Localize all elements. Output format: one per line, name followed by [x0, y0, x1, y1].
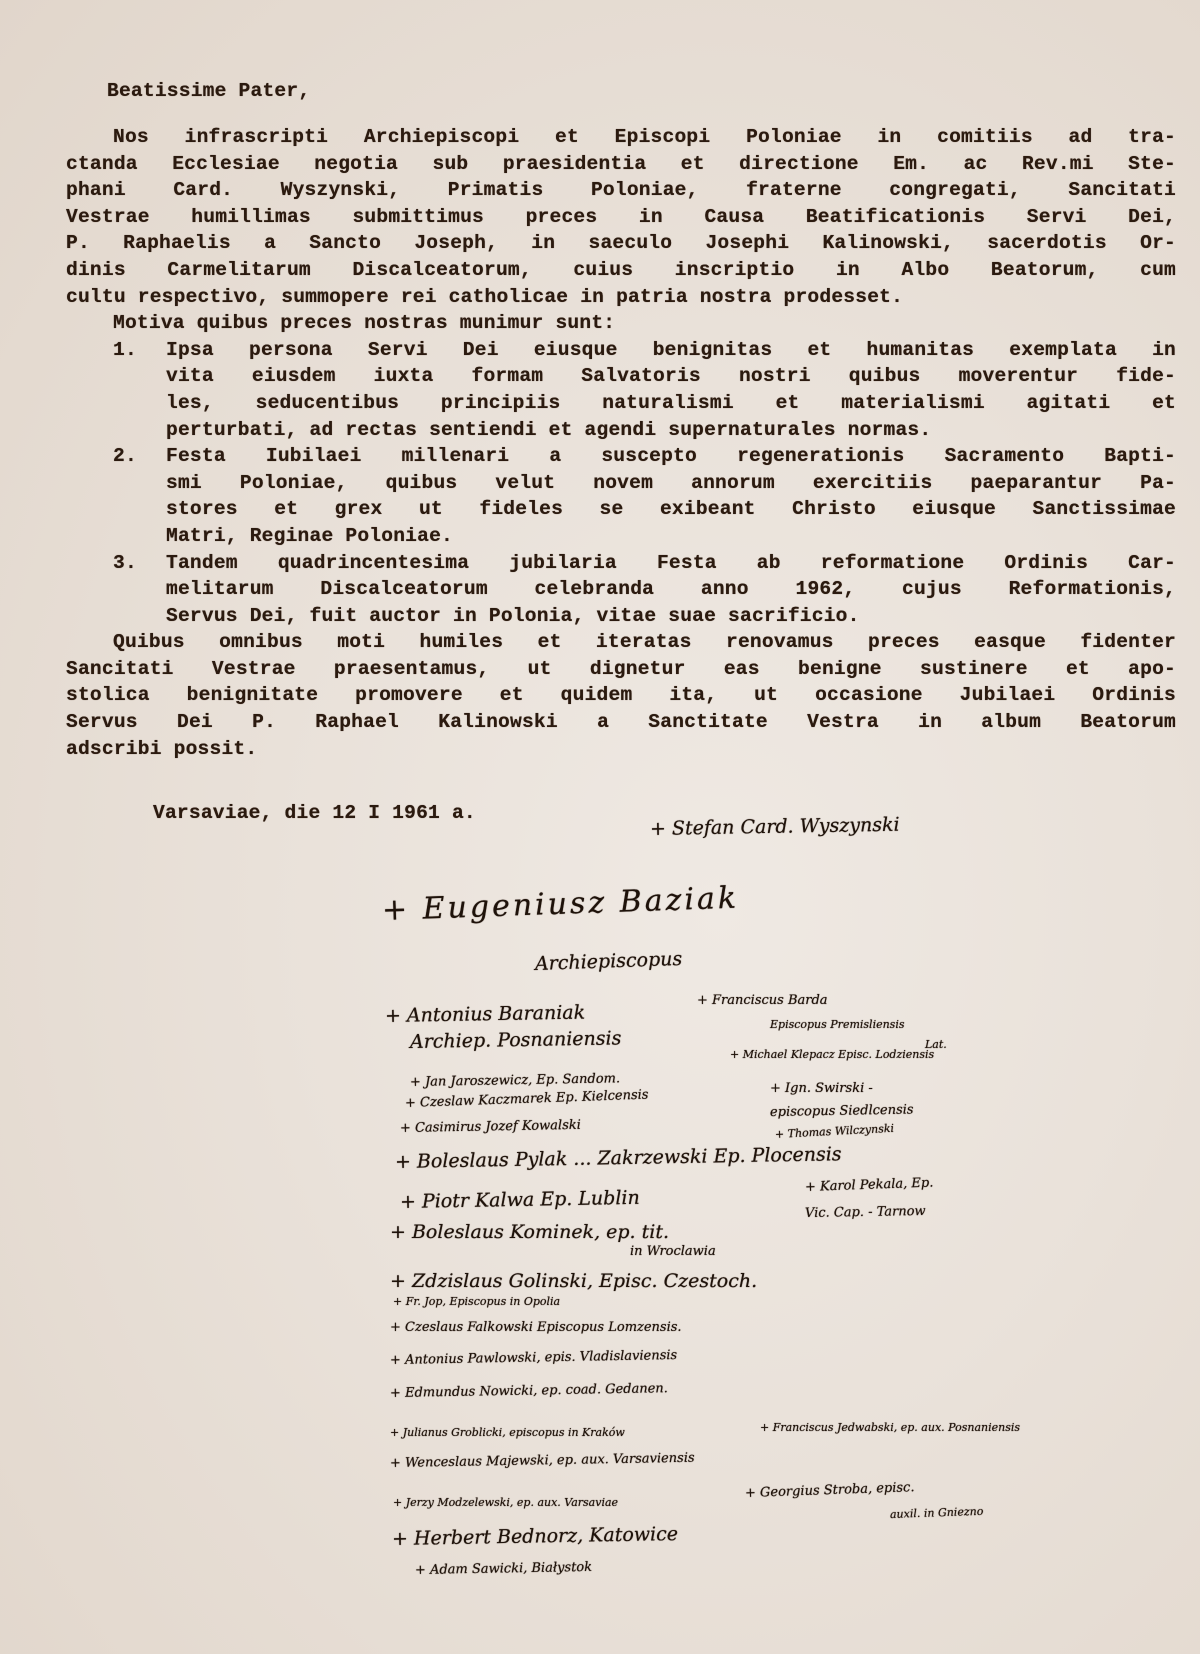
text-line: Nos infrascripti Archiepiscopi et Episco… — [66, 124, 1176, 151]
handwritten-signature: + Antonius Baraniak — [385, 1002, 586, 1027]
handwritten-signature: + Piotr Kalwa Ep. Lublin — [400, 1187, 640, 1213]
text-line: phani Card. Wyszynski, Primatis Poloniae… — [66, 177, 1176, 204]
text-line: Matri, Reginae Poloniae. — [166, 523, 1176, 550]
text-line: Sancitati Vestrae praesentamus, ut digne… — [66, 656, 1176, 683]
handwritten-signature: + Zdzislaus Golinski, Episc. Czestoch. — [390, 1270, 757, 1292]
paragraph-intro: Nos infrascripti Archiepiscopi et Episco… — [66, 124, 1176, 310]
text-line: Festa Iubilaei millenari a suscepto rege… — [166, 443, 1176, 470]
handwritten-signature: + Franciscus Barda — [697, 993, 828, 1008]
text-line: ctanda Ecclesiae negotia sub praesidenti… — [66, 151, 1176, 178]
handwritten-signature: + Edmundus Nowicki, ep. coad. Gedanen. — [390, 1381, 668, 1401]
text-line: melitarum Discalceatorum celebranda anno… — [166, 576, 1176, 603]
handwritten-signature: + Franciscus Jedwabski, ep. aux. Posnani… — [760, 1421, 1020, 1434]
text-line: cultu respectivo, summopere rei catholic… — [66, 284, 1176, 311]
text-line: adscribi possit. — [66, 736, 1176, 763]
handwritten-signature: + Boleslaus Pylak ... Zakrzewski Ep. Plo… — [395, 1143, 842, 1173]
motive-number: 3. — [113, 550, 137, 577]
handwritten-signature: + Wenceslaus Majewski, ep. aux. Varsavie… — [390, 1451, 695, 1471]
handwritten-signature: + Adam Sawicki, Białystok — [415, 1560, 592, 1578]
handwritten-signature: Archiepiscopus — [535, 948, 683, 975]
handwritten-signature: + Ign. Swirski - — [770, 1081, 873, 1096]
text-line: Servus Dei P. Raphael Kalinowski a Sanct… — [66, 709, 1176, 736]
motives-intro: Motiva quibus preces nostras munimur sun… — [66, 310, 1176, 337]
text-line: Servus Dei, fuit auctor in Polonia, vita… — [166, 603, 1176, 630]
handwritten-signature: + Herbert Bednorz, Katowice — [392, 1523, 678, 1550]
motive-item-1: 1. Ipsa persona Servi Dei eiusque benign… — [66, 337, 1176, 443]
handwritten-signature: auxil. in Gniezno — [890, 1505, 984, 1521]
handwritten-signature: + Eugeniusz Baziak — [381, 881, 739, 928]
handwritten-signature: + Fr. Jop, Episcopus in Opolia — [393, 1295, 560, 1308]
handwritten-signature: Vic. Cap. - Tarnow — [805, 1204, 926, 1221]
handwritten-signature: + Antonius Pawlowski, epis. Vladislavien… — [390, 1348, 677, 1368]
salutation: Beatissime Pater, — [107, 78, 310, 105]
text-line: Ipsa persona Servi Dei eiusque benignita… — [166, 337, 1176, 364]
motive-number: 2. — [113, 443, 137, 470]
paragraph-closing: Quibus omnibus moti humiles et iteratas … — [66, 629, 1176, 762]
letter-body: Nos infrascripti Archiepiscopi et Episco… — [66, 124, 1176, 762]
text-line: dinis Carmelitarum Discalceatorum, cuius… — [66, 257, 1176, 284]
motive-number: 1. — [113, 337, 137, 364]
handwritten-signature: Episcopus Premisliensis — [770, 1018, 905, 1031]
text-line: stolica benignitate promovere et quidem … — [66, 682, 1176, 709]
handwritten-signature: episcopus Siedlcensis — [770, 1102, 914, 1120]
text-line: vita eiusdem iuxta formam Salvatoris nos… — [166, 363, 1176, 390]
text-line: stores et grex ut fideles se exibeant Ch… — [166, 496, 1176, 523]
handwritten-signature: + Georgius Stroba, episc. — [745, 1480, 915, 1501]
place-date: Varsaviae, die 12 I 1961 a. — [153, 800, 476, 827]
letter-page: Beatissime Pater, Nos infrascripti Archi… — [0, 0, 1200, 1654]
text-line: Tandem quadrincentesima jubilaria Festa … — [166, 550, 1176, 577]
handwritten-signature: + Julianus Groblicki, episcopus in Krakó… — [390, 1426, 625, 1439]
motive-item-3: 3. Tandem quadrincentesima jubilaria Fes… — [66, 550, 1176, 630]
handwritten-signature: Archiep. Posnaniensis — [410, 1027, 622, 1053]
text-line: perturbati, ad rectas sentiendi et agend… — [166, 417, 1176, 444]
handwritten-signature: in Wroclawia — [630, 1244, 716, 1259]
text-line: P. Raphaelis a Sancto Joseph, in saeculo… — [66, 230, 1176, 257]
handwritten-signature: + Jerzy Modzelewski, ep. aux. Varsaviae — [393, 1496, 618, 1509]
text-line: les, seducentibus principiis naturalismi… — [166, 390, 1176, 417]
handwritten-signature: + Casimirus Jozef Kowalski — [400, 1118, 581, 1136]
handwritten-signature: + Stefan Card. Wyszynski — [650, 814, 900, 840]
handwritten-signature: + Thomas Wilczynski — [775, 1122, 895, 1141]
motive-item-2: 2. Festa Iubilaei millenari a suscepto r… — [66, 443, 1176, 549]
handwritten-signature: + Karol Pekala, Ep. — [805, 1176, 934, 1195]
text-line: Quibus omnibus moti humiles et iteratas … — [66, 629, 1176, 656]
handwritten-signature: + Michael Klepacz Episc. Lodziensis — [730, 1048, 934, 1061]
handwritten-signature: + Jan Jaroszewicz, Ep. Sandom. — [410, 1071, 620, 1090]
text-line: smi Poloniae, quibus velut novem annorum… — [166, 470, 1176, 497]
handwritten-signature: + Czeslaw Kaczmarek Ep. Kielcensis — [405, 1088, 649, 1111]
handwritten-signature: + Boleslaus Kominek, ep. tit. — [390, 1221, 669, 1243]
text-line: Vestrae humillimas submittimus preces in… — [66, 204, 1176, 231]
handwritten-signature: + Czeslaus Falkowski Episcopus Lomzensis… — [390, 1320, 682, 1335]
